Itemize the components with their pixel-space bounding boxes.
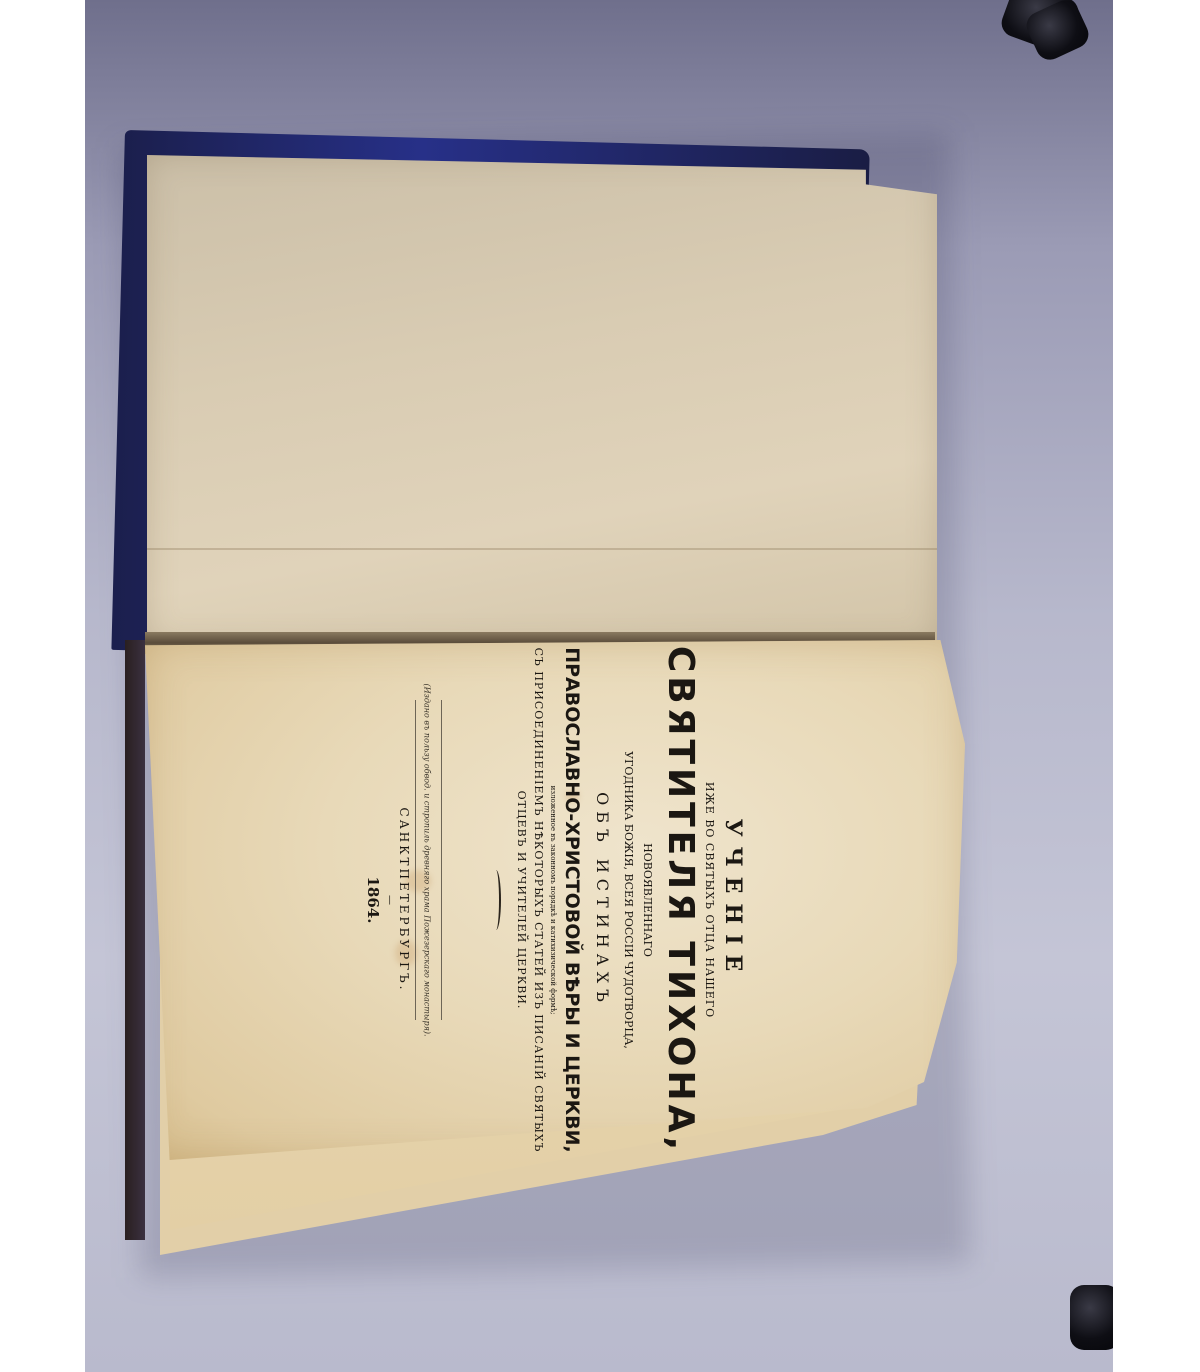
title-otcev: ОТЦЕВЪ И УЧИТЕЛЕЙ ЦЕРКВИ. xyxy=(515,620,528,1180)
imprint-dash: — xyxy=(384,620,395,1180)
photo-background: УЧЕНІЕ ИЖЕ ВО СВЯТЫХЪ ОТЦА НАШЕГО СВЯТИТ… xyxy=(85,0,1113,1372)
title-ob-istinakh: ОБЪ ИСТИНАХЪ xyxy=(593,620,612,1180)
endpaper-blank-page xyxy=(147,155,937,645)
title-uchenie: УЧЕНІЕ xyxy=(720,620,746,1180)
title-prisoedineniem: СЪ ПРИСОЕДИНЕНІЕМЪ НѢКОТОРЫХЪ СТАТЕЙ ИЗЪ… xyxy=(532,620,545,1180)
title-izlozhennoe: изложенное въ законномъ порядкѣ и катихи… xyxy=(549,620,557,1180)
imprint-city: САНКТПЕТЕРБУРГЪ. xyxy=(397,620,411,1180)
endpaper-fold xyxy=(147,548,937,550)
title-novoyavlennago: НОВОЯВЛЕННАГО xyxy=(641,620,654,1180)
book-cover-edge xyxy=(125,640,145,1240)
title-izhe-line: ИЖЕ ВО СВЯТЫХЪ ОТЦА НАШЕГО xyxy=(703,620,716,1180)
title-pravoslavno: ПРАВОСЛАВНО-ХРИСТОВОЙ ВѢРЫ И ЦЕРКВИ, xyxy=(561,620,583,1180)
imprint-year: 1864. xyxy=(364,620,382,1180)
ornament-divider-icon xyxy=(491,870,501,930)
title-main: СВЯТИТЕЛЯ ТИХОНА, xyxy=(660,620,701,1180)
black-clip-bottom-right xyxy=(1070,1285,1113,1350)
publisher-note: (Издано въ пользу обвод. и стропиль древ… xyxy=(423,683,432,1036)
title-ugodnika: УГОДНИКА БОЖІЯ, ВСЕЯ РОССІИ ЧУДОТВОРЦА, xyxy=(622,620,635,1180)
